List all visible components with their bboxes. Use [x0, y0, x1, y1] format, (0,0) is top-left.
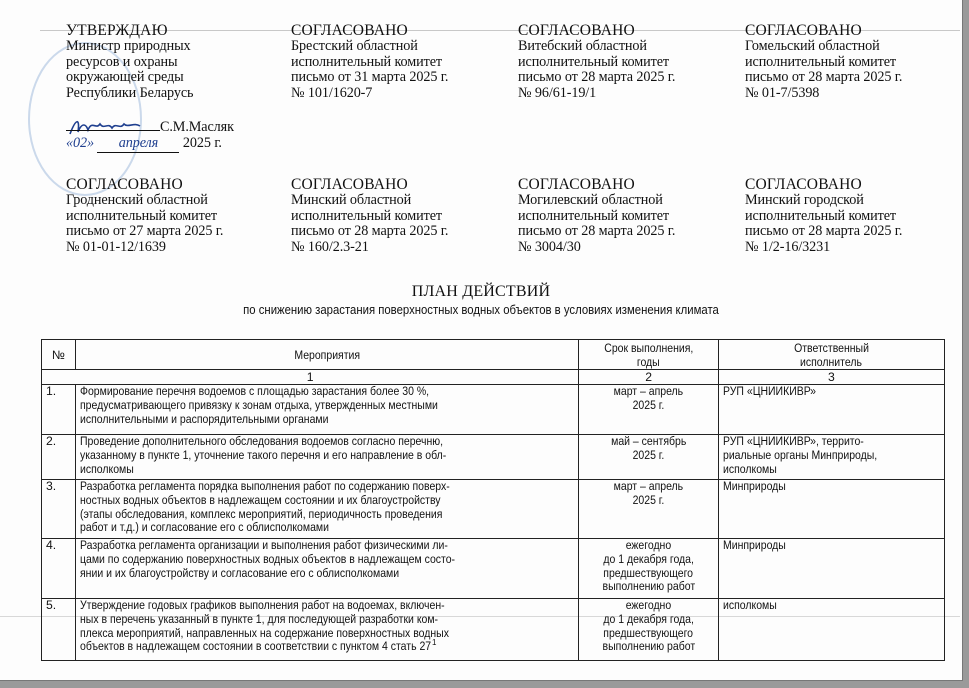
- responsible-line: исполкомы: [723, 599, 777, 613]
- term-line: март – апрель: [614, 480, 683, 494]
- activity-line: предусматривающего привязку к зонам отды…: [80, 399, 438, 413]
- row-activity: Разработка регламента порядка выполнения…: [75, 480, 579, 539]
- approval-line: письмо от 31 марта 2025 г.: [291, 70, 448, 86]
- term-line: май – сентябрь: [611, 435, 686, 449]
- term-line: предшествующего: [604, 627, 694, 641]
- responsible-line: Минприроды: [723, 539, 786, 553]
- responsible-line: риальные органы Минприроды,: [723, 449, 877, 463]
- approval-heading: СОГЛАСОВАНО: [291, 22, 448, 39]
- term-line: до 1 декабря года,: [603, 553, 694, 567]
- responsible-line: РУП «ЦНИИКИВР»: [723, 385, 816, 399]
- approval-line: Гродненский областной: [66, 193, 223, 209]
- activity-line: Формирование перечня водоемов с площадью…: [80, 385, 429, 399]
- approval-heading: СОГЛАСОВАНО: [291, 176, 448, 193]
- activity-line: цами по содержанию поверхностных водных …: [80, 553, 455, 567]
- row-activity: Утверждение годовых графиков выполнения …: [75, 599, 579, 661]
- term-line: выполнению работ: [602, 580, 695, 594]
- approval-heading: СОГЛАСОВАНО: [518, 176, 675, 193]
- signature-line: [66, 130, 160, 131]
- document-title: ПЛАН ДЕЙСТВИЙ: [0, 283, 962, 301]
- approval-line: № 160/2.3-21: [291, 240, 448, 256]
- approval-line: исполнительный комитет: [745, 55, 902, 71]
- column-number-2: 2: [579, 370, 718, 385]
- table-row: 2. Проведение дополнительного обследован…: [42, 435, 945, 480]
- approval-block-minister: УТВЕРЖДАЮ Министр природных ресурсов и о…: [66, 22, 234, 153]
- approval-block-vitebsk: СОГЛАСОВАНО Витебский областной исполнит…: [518, 22, 675, 101]
- approval-line: исполнительный комитет: [66, 209, 223, 225]
- approval-line: Минский городской: [745, 193, 902, 209]
- approval-line: исполнительный комитет: [291, 55, 448, 71]
- action-plan-table: № Мероприятия Срок выполнения, годы Отве…: [41, 339, 945, 661]
- row-term: май – сентябрь2025 г.: [579, 435, 718, 480]
- term-line: ежегодно: [626, 539, 671, 553]
- activity-line: Утверждение годовых графиков выполнения …: [80, 599, 445, 613]
- approval-block-gomel: СОГЛАСОВАНО Гомельский областной исполни…: [745, 22, 902, 101]
- table-row: 1. Формирование перечня водоемов с площа…: [42, 385, 945, 435]
- approval-line: письмо от 27 марта 2025 г.: [66, 224, 223, 240]
- approval-line: № 1/2-16/3231: [745, 240, 902, 256]
- approval-heading: СОГЛАСОВАНО: [745, 22, 902, 39]
- approval-heading: СОГЛАСОВАНО: [518, 22, 675, 39]
- activity-line: работ и т.д.) и согласование его с облис…: [80, 521, 329, 535]
- row-term: ежегоднодо 1 декабря года,предшествующег…: [579, 599, 718, 661]
- approval-date-month: апреля: [97, 136, 179, 153]
- row-activity: Формирование перечня водоемов с площадью…: [75, 385, 579, 435]
- row-responsible: РУП «ЦНИИКИВР», террито-риальные органы …: [718, 435, 944, 480]
- approval-line: письмо от 28 марта 2025 г.: [745, 224, 902, 240]
- approval-line: Министр природных: [66, 39, 234, 55]
- row-activity: Разработка регламента организации и выпо…: [75, 539, 579, 599]
- activity-line: янии и их благоустройству и согласование…: [80, 567, 399, 581]
- term-line: выполнению работ: [602, 640, 695, 654]
- row-term: март – апрель2025 г.: [579, 480, 718, 539]
- approval-line: исполнительный комитет: [745, 209, 902, 225]
- activity-line: плекса мероприятий, направленных на соде…: [80, 627, 449, 641]
- approval-block-brest: СОГЛАСОВАНО Брестский областной исполнит…: [291, 22, 448, 101]
- column-number-3: 3: [718, 370, 944, 385]
- header-responsible: Ответственный исполнитель: [718, 340, 944, 370]
- approval-line: Гомельский областной: [745, 39, 902, 55]
- approval-line: исполнительный комитет: [518, 209, 675, 225]
- activity-line: исполкомы: [80, 463, 134, 477]
- row-term: март – апрель2025 г.: [579, 385, 718, 435]
- row-responsible: Минприроды: [718, 539, 944, 599]
- column-number-1: 1: [42, 370, 579, 385]
- column-number-row: 1 2 3: [42, 370, 945, 385]
- activity-line: Проведение дополнительного обследования …: [80, 435, 443, 449]
- header-responsible-line: Ответственный: [794, 341, 869, 355]
- responsible-line: РУП «ЦНИИКИВР», террито-: [723, 435, 864, 449]
- approval-line: исполнительный комитет: [291, 209, 448, 225]
- table-header-row: № Мероприятия Срок выполнения, годы Отве…: [42, 340, 945, 370]
- header-term-line: Срок выполнения,: [604, 341, 693, 355]
- header-number: №: [42, 340, 76, 370]
- header-responsible-line: исполнитель: [800, 355, 862, 369]
- row-activity: Проведение дополнительного обследования …: [75, 435, 579, 480]
- approval-block-mogilev: СОГЛАСОВАНО Могилевский областной исполн…: [518, 176, 675, 255]
- approval-line: № 01-01-12/1639: [66, 240, 223, 256]
- activity-line: указанному в пункте 1, уточнение такого …: [80, 449, 446, 463]
- approval-block-minsk-region: СОГЛАСОВАНО Минский областной исполнител…: [291, 176, 448, 255]
- row-number: 3.: [42, 480, 76, 539]
- approval-block-grodno: СОГЛАСОВАНО Гродненский областной исполн…: [66, 176, 223, 255]
- header-term: Срок выполнения, годы: [579, 340, 718, 370]
- row-responsible: Минприроды: [718, 480, 944, 539]
- approval-line: № 101/1620-7: [291, 86, 448, 102]
- activity-line: (этапы обследования, комплекс мероприяти…: [80, 508, 442, 522]
- signatory-name: С.М.Масляк: [160, 119, 234, 135]
- row-responsible: РУП «ЦНИИКИВР»: [718, 385, 944, 435]
- approval-heading: УТВЕРЖДАЮ: [66, 22, 234, 39]
- activity-line: Разработка регламента организации и выпо…: [80, 539, 448, 553]
- activity-line: исполнительными и распорядительными орга…: [80, 413, 328, 427]
- term-line: март – апрель: [614, 385, 683, 399]
- approval-date-year: 2025 г.: [183, 135, 222, 151]
- activity-line: ностных водных объектов в надлежащем сос…: [80, 494, 441, 508]
- header-activity-label: Мероприятия: [294, 348, 360, 362]
- term-line: предшествующего: [604, 567, 694, 581]
- row-number: 4.: [42, 539, 76, 599]
- approval-line: № 3004/30: [518, 240, 675, 256]
- approval-line: письмо от 28 марта 2025 г.: [745, 70, 902, 86]
- approval-line: письмо от 28 марта 2025 г.: [518, 224, 675, 240]
- term-line: до 1 декабря года,: [603, 613, 694, 627]
- row-number: 1.: [42, 385, 76, 435]
- activity-line: объектов в надлежащем состоянии в соотве…: [80, 640, 431, 654]
- approval-line: № 96/61-19/1: [518, 86, 675, 102]
- row-number: 2.: [42, 435, 76, 480]
- term-line: 2025 г.: [633, 449, 665, 463]
- table-row: 4. Разработка регламента организации и в…: [42, 539, 945, 599]
- approval-heading: СОГЛАСОВАНО: [745, 176, 902, 193]
- term-line: 2025 г.: [633, 494, 665, 508]
- term-line: ежегодно: [626, 599, 671, 613]
- approval-line: № 01-7/5398: [745, 86, 902, 102]
- approval-line: письмо от 28 марта 2025 г.: [518, 70, 675, 86]
- header-term-line: годы: [637, 355, 660, 369]
- table-row: 5. Утверждение годовых графиков выполнен…: [42, 599, 945, 661]
- row-term: ежегоднодо 1 декабря года,предшествующег…: [579, 539, 718, 599]
- responsible-line: исполкомы: [723, 463, 777, 477]
- approval-line: Витебский областной: [518, 39, 675, 55]
- document-page: УТВЕРЖДАЮ Министр природных ресурсов и о…: [0, 0, 963, 681]
- header-activity: Мероприятия: [75, 340, 579, 370]
- approval-line: исполнительный комитет: [518, 55, 675, 71]
- row-responsible: исполкомы: [718, 599, 944, 661]
- approval-line: Могилевский областной: [518, 193, 675, 209]
- approval-line: ресурсов и охраны: [66, 55, 234, 71]
- approval-line: Брестский областной: [291, 39, 448, 55]
- approval-heading: СОГЛАСОВАНО: [66, 176, 223, 193]
- activity-line: Разработка регламента порядка выполнения…: [80, 480, 450, 494]
- approval-block-minsk-city: СОГЛАСОВАНО Минский городской исполнител…: [745, 176, 902, 255]
- row-number: 5.: [42, 599, 76, 661]
- approval-line: письмо от 28 марта 2025 г.: [291, 224, 448, 240]
- document-subtitle: по снижению зарастания поверхностных вод…: [67, 302, 894, 317]
- responsible-line: Минприроды: [723, 480, 786, 494]
- approval-line: Республики Беларусь: [66, 86, 234, 102]
- term-line: 2025 г.: [633, 399, 665, 413]
- table-row: 3. Разработка регламента порядка выполне…: [42, 480, 945, 539]
- approval-date-day: «02»: [66, 135, 94, 151]
- approval-line: Минский областной: [291, 193, 448, 209]
- activity-line: ных в перечень указанный в пункте 1, для…: [80, 613, 438, 627]
- approval-line: окружающей среды: [66, 70, 234, 86]
